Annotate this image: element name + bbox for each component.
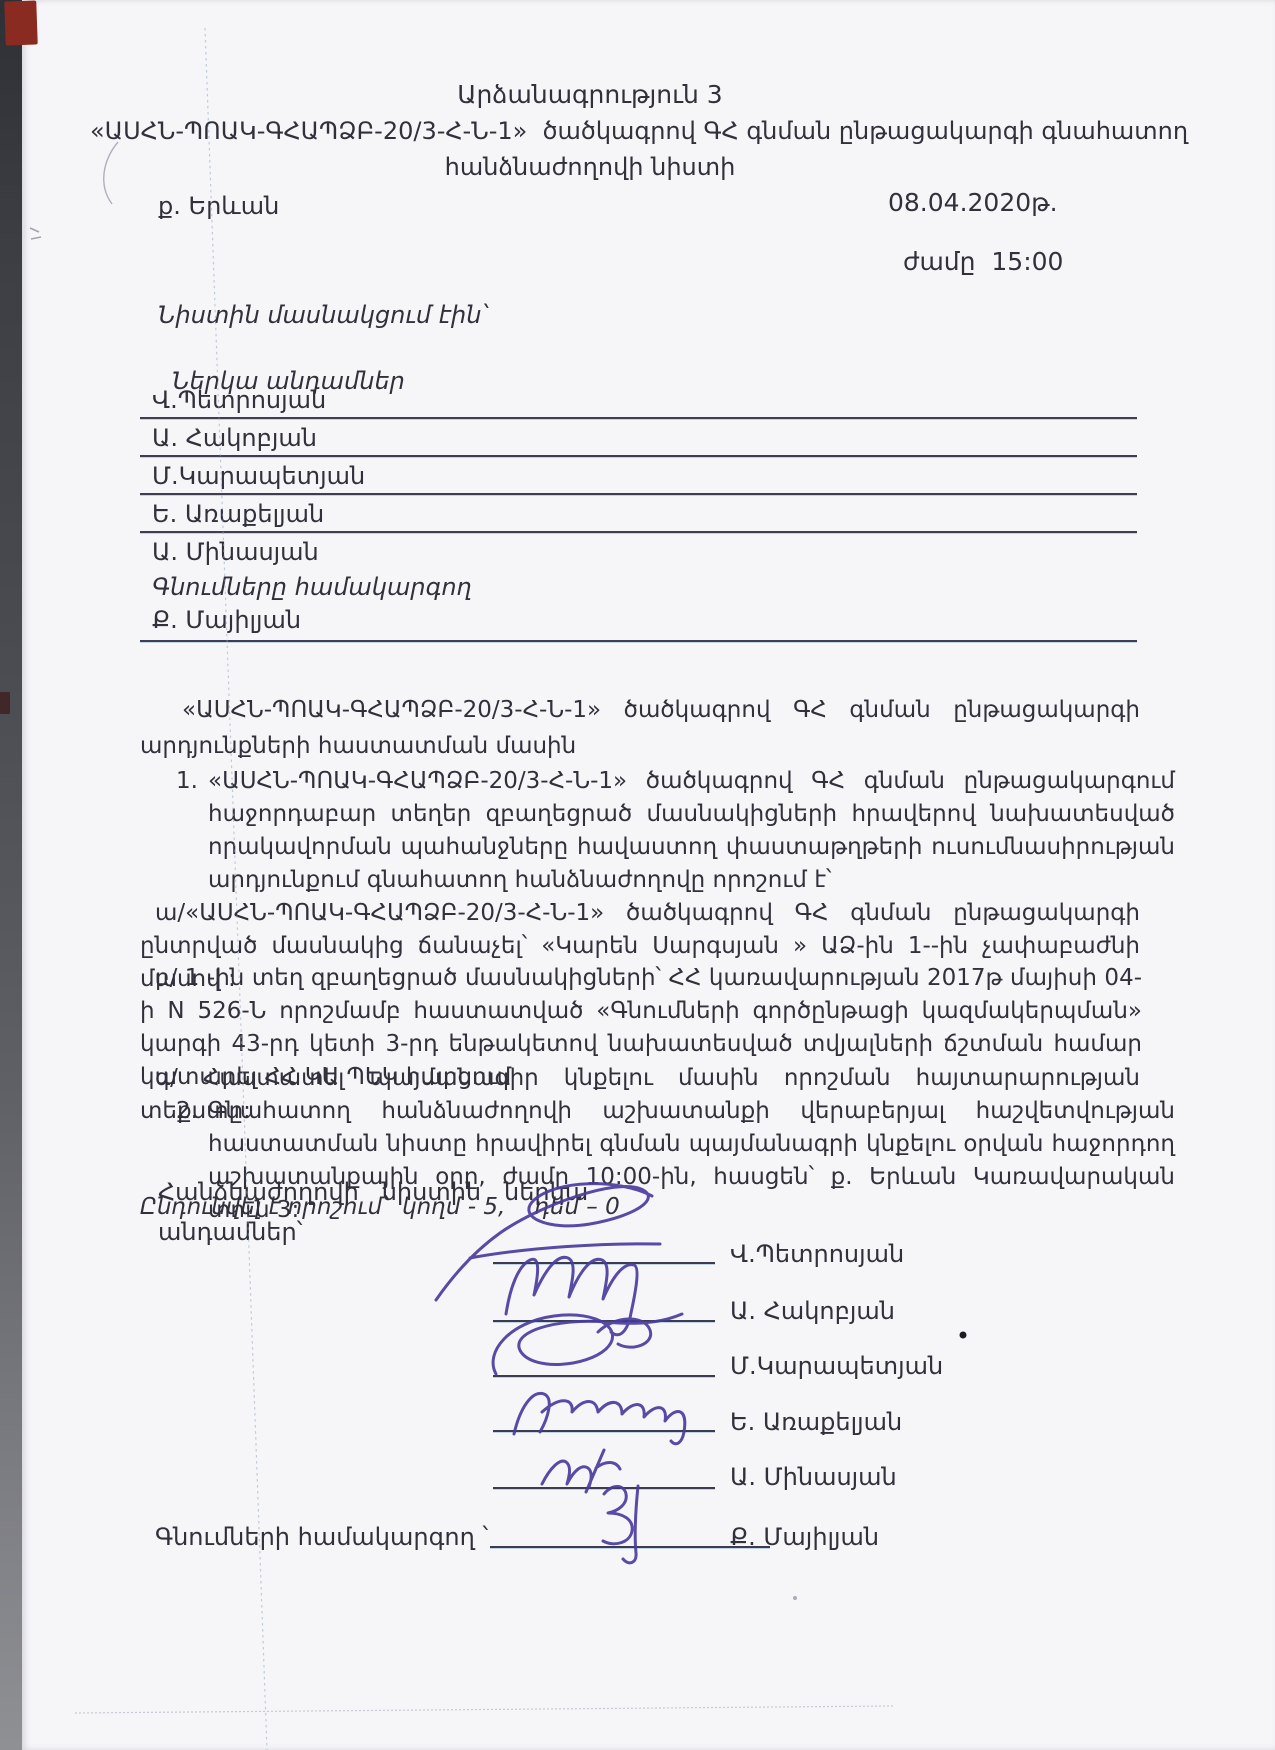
city-label: ք. Երևան xyxy=(158,192,279,220)
date-label: 08.04.2020թ. xyxy=(888,188,1058,217)
member-underline xyxy=(140,531,1137,533)
signature-header-line1: Հանձնաժողովի նիստին ներկա xyxy=(158,1178,588,1206)
member-name: Ա. Մինասյան xyxy=(152,538,319,566)
document-subtitle-line1: «ԱՍՀՆ-ՊՈԱԿ-ԳՀԱՊՁԲ-20/3-Հ-Ն-1» ծածկագրով … xyxy=(90,117,1090,145)
coordinator-signature-label: Գնումների համակարգող ՝ xyxy=(155,1523,488,1551)
item-1-marker: 1. xyxy=(176,765,198,798)
member-underline xyxy=(140,640,1137,642)
member-name: Ա. Հակոբյան xyxy=(152,424,317,452)
signature-header-line2: անդամներ՝ xyxy=(158,1218,302,1246)
member-name: Մ.Կարապետյան xyxy=(152,462,365,490)
time-label: ժամը 15:00 xyxy=(903,247,1063,276)
scanner-edge-shadow xyxy=(0,0,22,1750)
signature-underline xyxy=(493,1375,715,1377)
signature-underline xyxy=(493,1262,715,1264)
subject-paragraph: «ԱՍՀՆ-ՊՈԱԿ-ԳՀԱՊՁԲ-20/3-Հ-Ն-1» ծածկագրով … xyxy=(140,692,1140,764)
signature-underline xyxy=(493,1320,715,1322)
signatory-name: Մ.Կարապետյան xyxy=(730,1352,943,1380)
item-2-marker: 2. xyxy=(176,1095,198,1128)
document-subtitle-line2: հանձնաժողովի նիստի xyxy=(90,153,1090,181)
signatory-name: Ա. Մինասյան xyxy=(730,1463,897,1491)
coordinator-name: Ք. Մայիլյան xyxy=(152,606,301,634)
signature-underline xyxy=(490,1546,770,1548)
coordinator-label: Գնումները համակարգող xyxy=(152,573,472,601)
member-underline xyxy=(140,417,1137,419)
signature-underline xyxy=(493,1487,715,1489)
scanned-document: Արձանագրություն 3 «ԱՍՀՆ-ՊՈԱԿ-ԳՀԱՊՁԲ-20/3… xyxy=(0,0,1275,1750)
decision-item-1: 1. «ԱՍՀՆ-ՊՈԱԿ-ԳՀԱՊՁԲ-20/3-Հ-Ն-1» ծածկագր… xyxy=(172,765,1175,897)
signatory-name: Ե. Առաքելյան xyxy=(730,1408,902,1436)
signatory-name: Ա. Հակոբյան xyxy=(730,1297,895,1325)
member-underline xyxy=(140,455,1137,457)
member-name: Ե. Առաքելյան xyxy=(152,500,324,528)
member-underline xyxy=(140,493,1137,495)
left-edge-smudge xyxy=(0,692,10,714)
document-title: Արձանագրություն 3 xyxy=(90,80,1090,109)
signatory-name: Վ.Պետրոսյան xyxy=(730,1240,904,1268)
item-1-text: «ԱՍՀՆ-ՊՈԱԿ-ԳՀԱՊՁԲ-20/3-Հ-Ն-1» ծածկագրով … xyxy=(208,768,1175,893)
attendance-intro: Նիստին մասնակցում էին՝ xyxy=(158,301,487,329)
red-corner-mark xyxy=(4,0,38,45)
member-name: Վ.Պետրոսյան xyxy=(152,386,326,414)
signature-underline xyxy=(493,1430,715,1432)
